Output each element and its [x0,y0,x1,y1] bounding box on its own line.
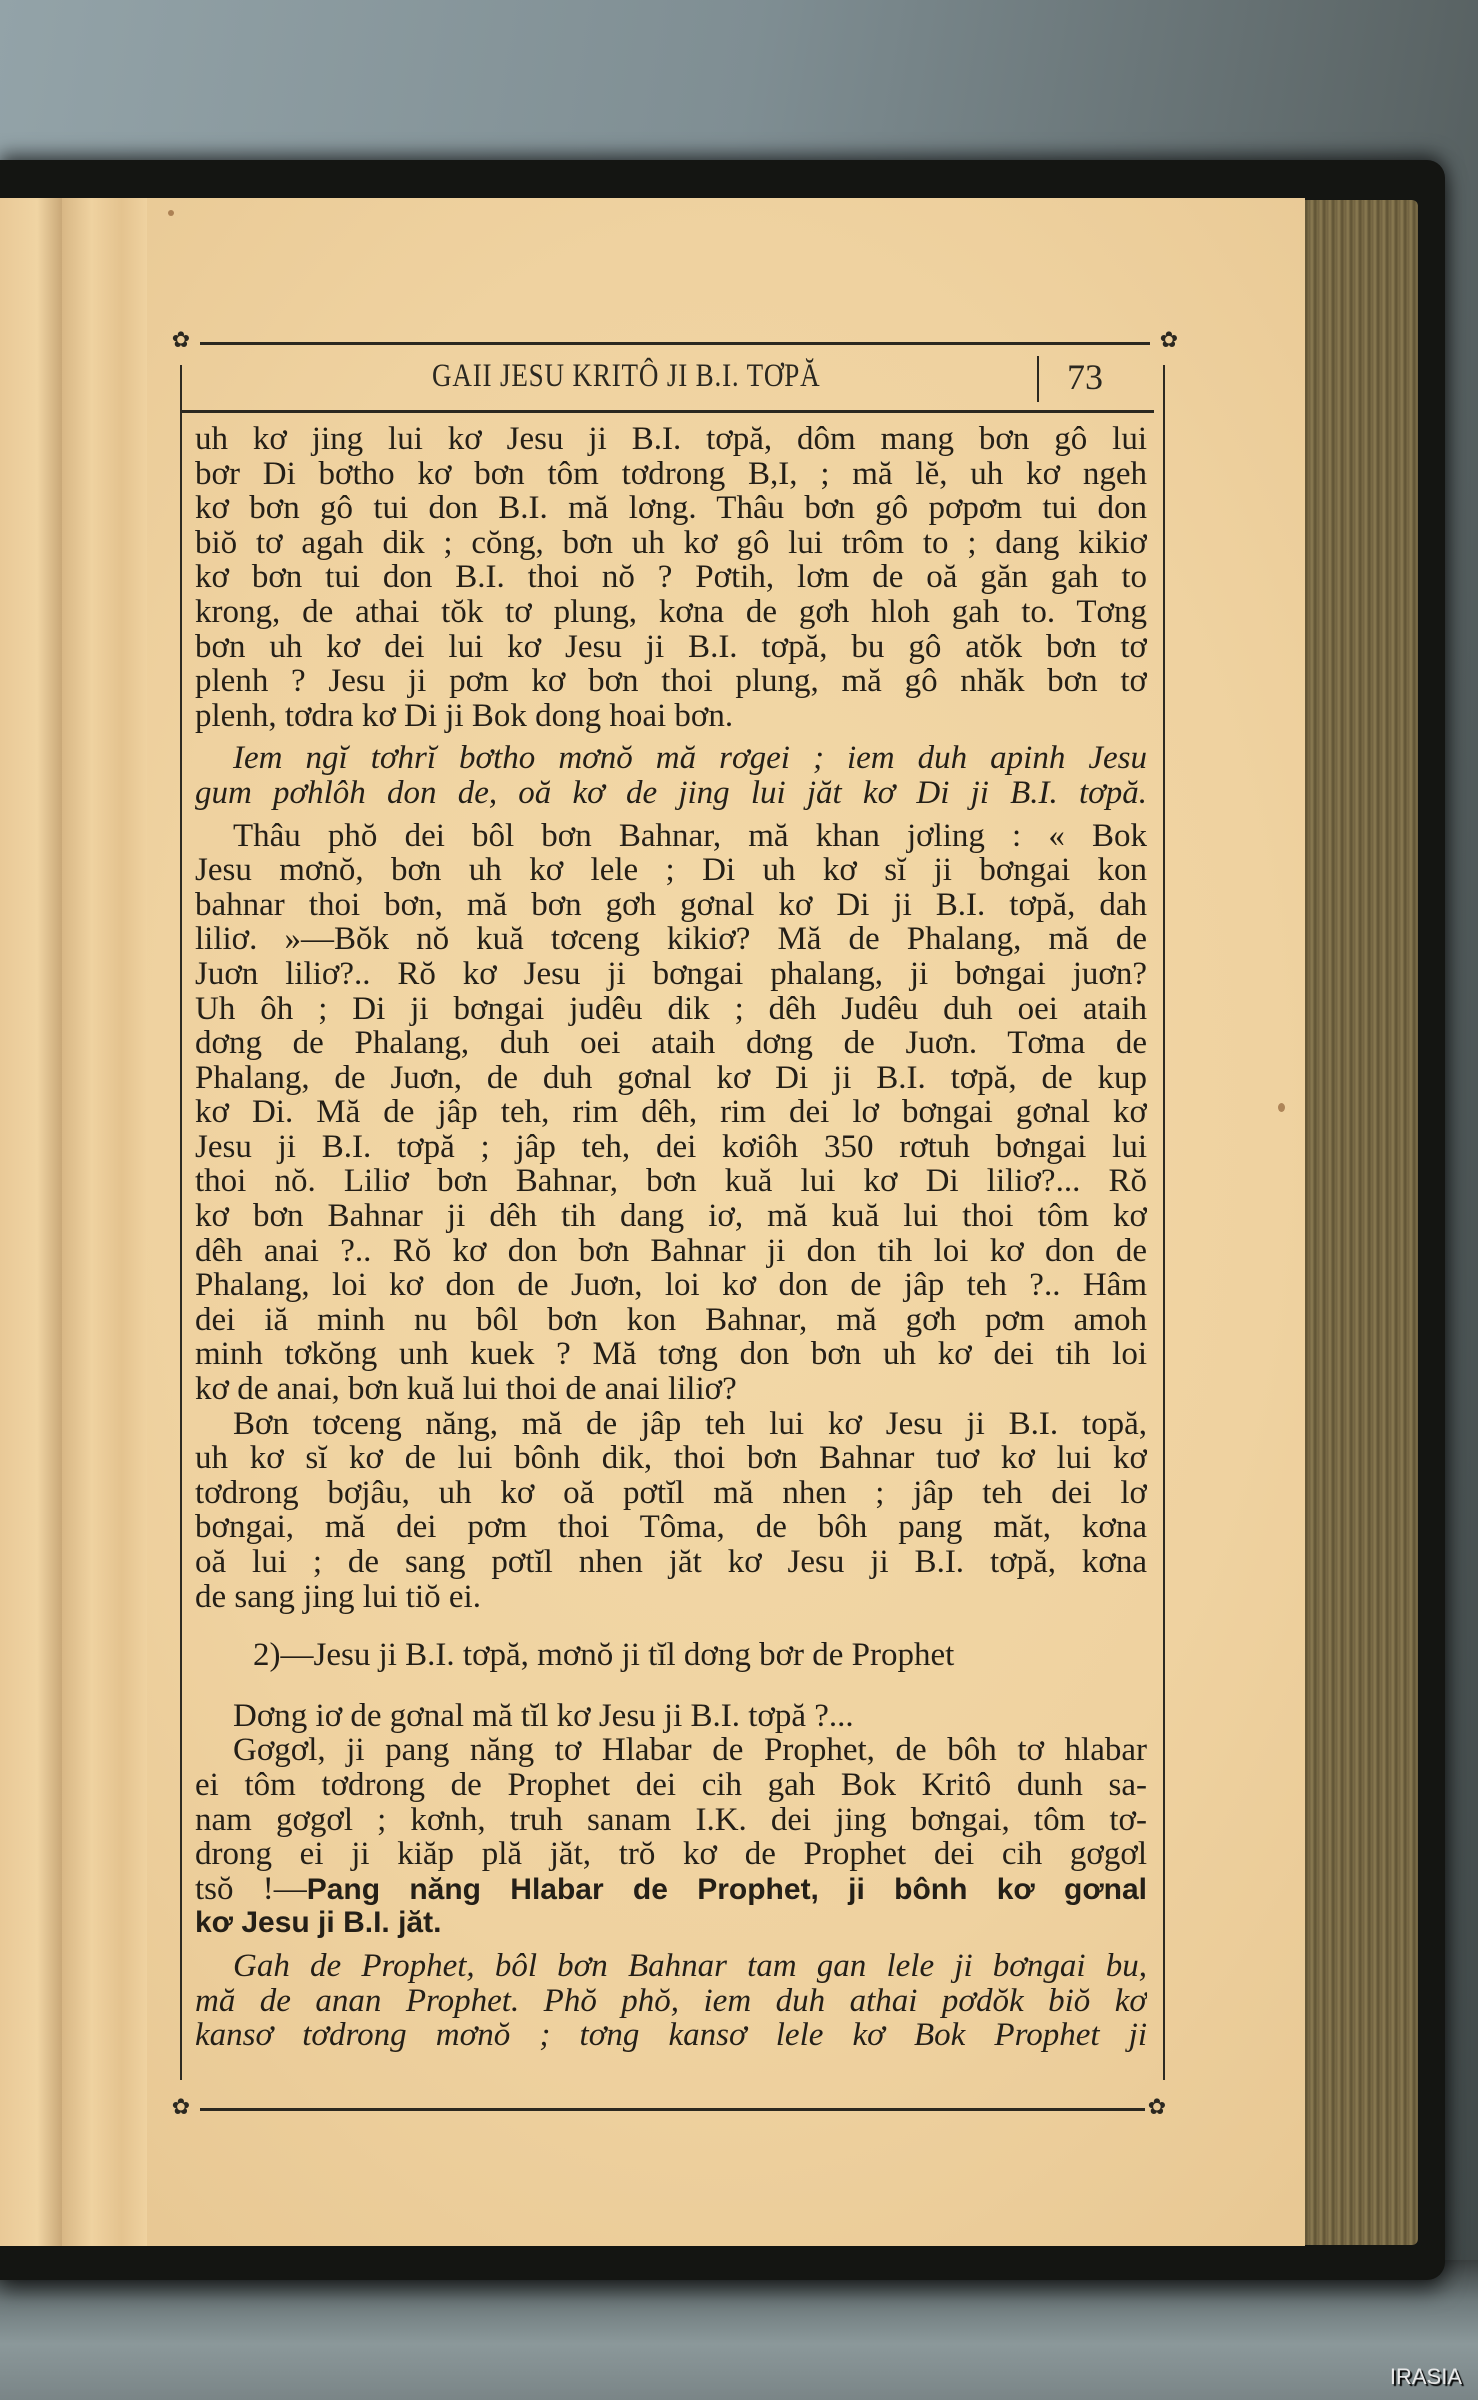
bold-text-line: kơ Jesu ji B.I. jăt. [195,1906,1147,1941]
top-border-rule [200,342,1150,345]
text-line: bahnar thoi bơn, mă bơn gơh gơnal kơ Di … [195,888,1147,923]
previous-page-strip [0,198,63,2246]
text-line: bơn uh kơ dei lui kơ Jesu ji B.I. tơpă, … [195,630,1147,665]
text-line: biŏ tơ agah dik ; cŏng, bơn uh kơ gô lui… [195,526,1147,561]
text-line: minh tơkŏng unh kuek ? Mă tơng don bơn u… [195,1337,1147,1372]
text-line: nam gơgơl ; kơnh, truh sanam I.K. dei ji… [195,1803,1147,1838]
flower-ornament-icon: ✿ [1158,330,1180,352]
text-line: Jesu ji B.I. tơpă ; jâp teh, dei kơiôh 3… [195,1130,1147,1165]
text-line: tơdrong bơjâu, uh kơ oă pơtĭl mă nhen ; … [195,1476,1147,1511]
text-line: dei iă minh nu bôl bơn kon Bahnar, mă gơ… [195,1303,1147,1338]
text-line: oă lui ; de sang pơtĭl nhen jăt kơ Jesu … [195,1545,1147,1580]
text-line: kơ bơn tui don B.I. thoi nŏ ? Pơtih, lơm… [195,560,1147,595]
text-line: dêh anai ?.. Rŏ kơ don bơn Bahnar ji don… [195,1234,1147,1269]
text-line: kơ bơn gô tui don B.I. mă lơng. Thâu bơn… [195,491,1147,526]
running-title: GAII JESU KRITÔ JI B.I. TƠPĂ [432,358,990,395]
text-line: Gơgơl, ji pang năng tơ Hlabar de Prophet… [195,1733,1147,1768]
text-line: Jesu mơnŏ, bơn uh kơ lele ; Di uh kơ sĭ … [195,853,1147,888]
watermark: IRASIA [1390,2364,1462,2390]
text-line: krong, de athai tŏk tơ plung, kơna de gơ… [195,595,1147,630]
text-line: Bơn tơceng năng, mă de jâp teh lui kơ Je… [195,1407,1147,1442]
italic-text-line: kansơ tơdrong mơnŏ ; tơng kansơ lele kơ … [195,2018,1147,2053]
flower-ornament-icon: ✿ [170,2097,192,2119]
header-divider [1037,356,1039,402]
text-line: kơ Di. Mă de jâp teh, rim dêh, rim dei l… [195,1095,1147,1130]
text-line: Phalang, de Juơn, de duh gơnal kơ Di ji … [195,1061,1147,1096]
text-line: Thâu phŏ dei bôl bơn Bahnar, mă khan jơl… [195,819,1147,854]
text-line: plenh, tơdra kơ Di ji Bok dong hoai bơn. [195,699,1147,734]
text-line: bơr Di bơtho kơ bơn tôm tơdrong B,I, ; m… [195,457,1147,492]
page-number: 73 [1067,356,1103,398]
section-heading: 2)—Jesu ji B.I. tơpă, mơnŏ ji tĭl dơng b… [195,1638,1147,1673]
page-gutter [62,198,147,2246]
frame-right-border [1163,365,1165,2080]
text-line: thoi nŏ. Liliơ bơn Bahnar, bơn kuă lui k… [195,1164,1147,1199]
italic-text-line: mă de anan Prophet. Phŏ phŏ, iem duh ath… [195,1984,1147,2019]
italic-text-line: gum pơhlôh don de, oă kơ de jing lui jăt… [195,776,1147,811]
text-line: Phalang, loi kơ don de Juơn, loi kơ don … [195,1268,1147,1303]
italic-text-line: Gah de Prophet, bôl bơn Bahnar tam gan l… [195,1949,1147,1984]
text-line: Juơn liliơ?.. Rŏ kơ Jesu ji bơngai phala… [195,957,1147,992]
bottom-border-rule [200,2108,1145,2111]
text-line: Uh ôh ; Di ji bơngai judêu dik ; dêh Jud… [195,992,1147,1027]
text-line: uh kơ jing lui kơ Jesu ji B.I. tơpă, dôm… [195,422,1147,457]
text-line: kơ de anai, bơn kuă lui thoi de anai lil… [195,1372,1147,1407]
text-line: ei tôm tơdrong de Prophet dei cih gah Bo… [195,1768,1147,1803]
text-line: bơngai, mă dei pơm thoi Tôma, de bôh pan… [195,1510,1147,1545]
text-line: drong ei ji kiăp plă jăt, trŏ kơ de Prop… [195,1837,1147,1872]
flower-ornament-icon: ✿ [1146,2097,1168,2119]
paper-stain [1278,1103,1285,1112]
flower-ornament-icon: ✿ [170,330,192,352]
text-line: plenh ? Jesu ji pơm kơ bơn thoi plung, m… [195,664,1147,699]
italic-text-line: Iem ngĭ tơhrĭ bơtho mơnŏ mă rơgei ; iem … [195,741,1147,776]
body-text: uh kơ jing lui kơ Jesu ji B.I. tơpă, dôm… [195,422,1147,2053]
page-block-edges [1300,200,1418,2245]
mixed-text-line: tsŏ !—Pang năng Hlabar de Prophet, ji bô… [195,1872,1147,1907]
text-line: dơng de Phalang, duh oei ataih dơng de J… [195,1026,1147,1061]
text-line: Dơng iơ de gơnal mă tĭl kơ Jesu ji B.I. … [195,1699,1147,1734]
scanner-background-bottom [0,2260,1478,2400]
text-line: liliơ. »—Bŏk nŏ kuă tơceng kikiơ? Mă de … [195,922,1147,957]
text-line: de sang jing lui tiŏ ei. [195,1580,1147,1615]
text-line: uh kơ sĭ kơ de lui bônh dik, thoi bơn Ba… [195,1441,1147,1476]
text-fragment: tsŏ !— [195,1872,307,1907]
bold-text-fragment: Pang năng Hlabar de Prophet, ji bônh kơ … [307,1873,1147,1906]
paper-stain [168,210,174,216]
text-line: kơ bơn Bahnar ji dêh tih dang iơ, mă kuă… [195,1199,1147,1234]
frame-left-border [180,365,182,2080]
header-underline-rule [182,410,1154,413]
running-head: GAII JESU KRITÔ JI B.I. TƠPĂ 73 [182,352,1162,402]
